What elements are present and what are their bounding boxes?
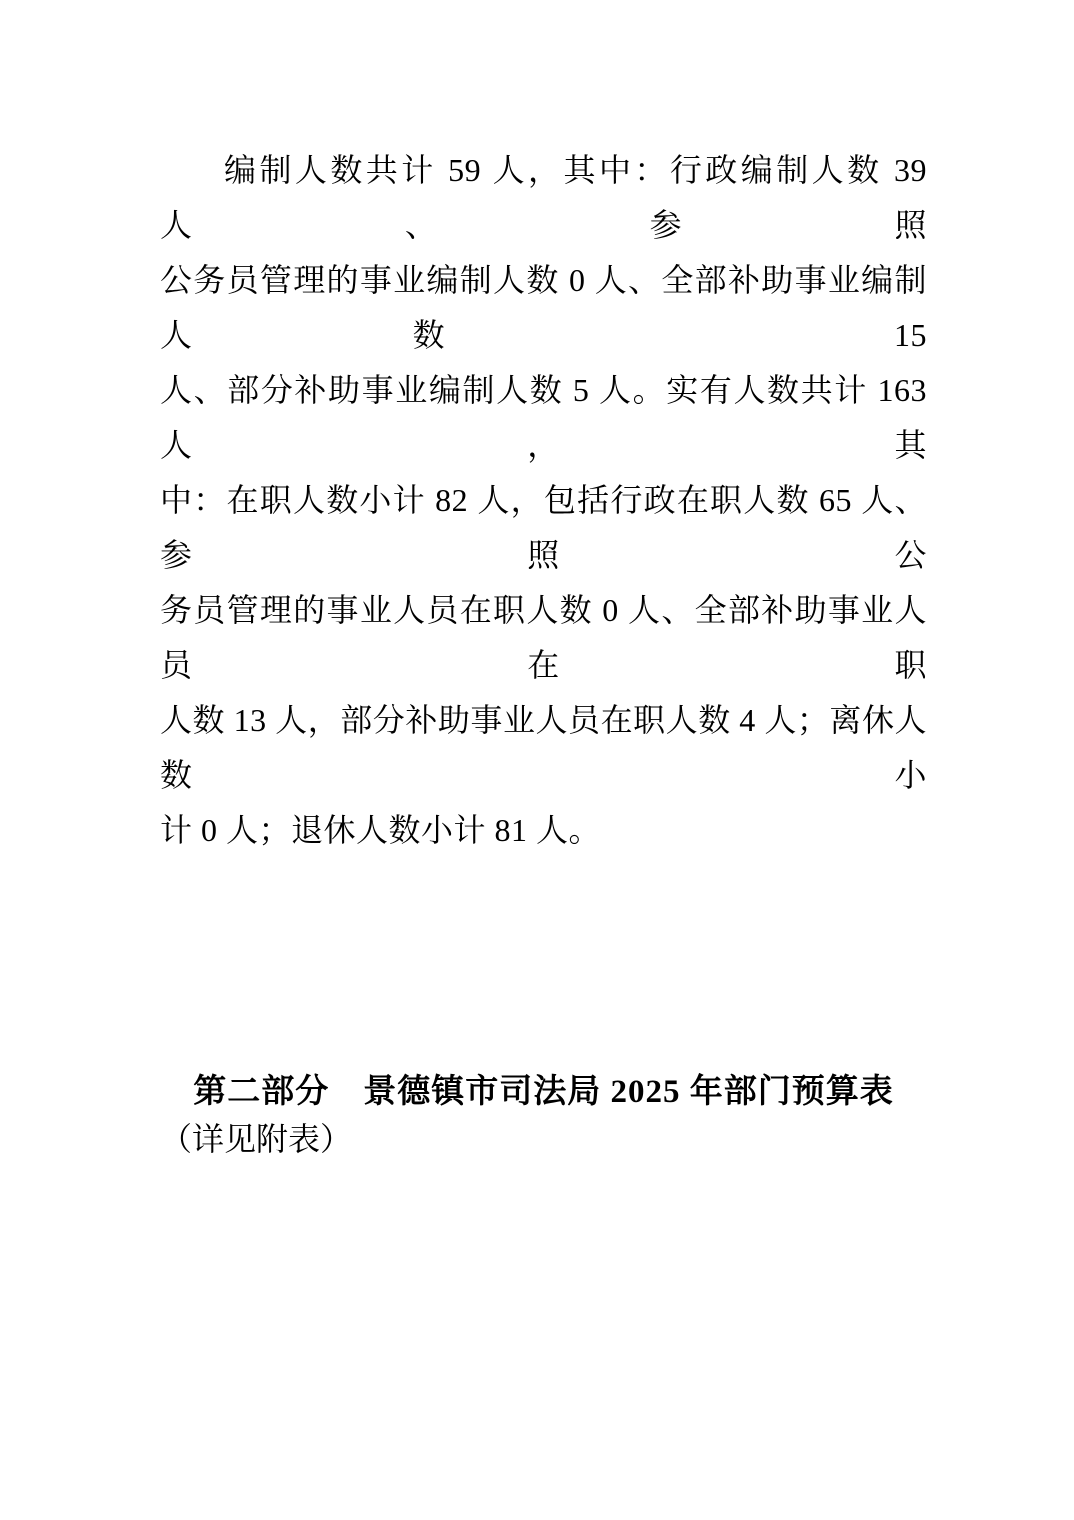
paragraph-line: 人数 13 人，部分补助事业人员在职人数 4 人；离休人数小 [160, 693, 927, 803]
paragraph-line: 务员管理的事业人员在职人数 0 人、全部补助事业人员在职 [160, 583, 927, 693]
staffing-paragraph: 编制人数共计 59 人，其中：行政编制人数 39 人、参照 公务员管理的事业编制… [160, 143, 927, 858]
paragraph-line: 公务员管理的事业编制人数 0 人、全部补助事业编制人数 15 [160, 253, 927, 363]
document-page: 编制人数共计 59 人，其中：行政编制人数 39 人、参照 公务员管理的事业编制… [0, 0, 1074, 1520]
paragraph-line: 计 0 人；退休人数小计 81 人。 [160, 803, 927, 858]
section-heading: 第二部分 景德镇市司法局 2025 年部门预算表 [160, 1071, 927, 1113]
paragraph-line: 人、部分补助事业编制人数 5 人。实有人数共计 163 人，其 [160, 363, 927, 473]
section-note: （详见附表） [160, 1115, 927, 1163]
paragraph-line: 编制人数共计 59 人，其中：行政编制人数 39 人、参照 [160, 143, 927, 253]
paragraph-line: 中：在职人数小计 82 人，包括行政在职人数 65 人、参照公 [160, 473, 927, 583]
